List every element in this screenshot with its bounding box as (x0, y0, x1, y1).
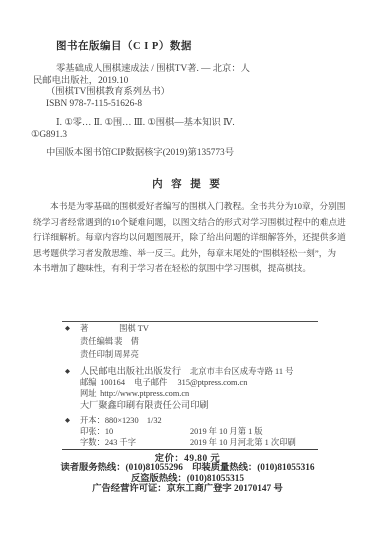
publisher-row: ◆ 人民邮电出版社出版发行 北京市丰台区成寿寺路 11 号 (62, 366, 318, 377)
sheets-row: 印张：10 2019 年 10 月第 1 版 (62, 426, 318, 437)
series-note: （围棋TV围棋教育系列丛书） (31, 87, 331, 99)
isbn-line: ISBN 978-7-115-51626-8 (31, 99, 331, 111)
printer-row: 责任印制 周昇亮 (62, 348, 318, 361)
ad-license-line: 广告经营许可证：京东工商广登字 20170147 号 (0, 484, 375, 495)
classification-line-1: Ⅰ. ①零… Ⅱ. ①围… Ⅲ. ①围棋—基本知识 Ⅳ. (31, 118, 331, 130)
author-value: 围棋 TV (119, 324, 149, 333)
words-row: 字数：243 千字 2019 年 10 月河北第 1 次印刷 (62, 437, 318, 448)
diamond-bullet-icon: ◆ (65, 366, 70, 377)
author-row: ◆ 著 围棋 TV (62, 322, 318, 335)
cip-header: 图书在版编目（C I P）数据 (56, 38, 192, 53)
publisher-name: 人民邮电出版社出版发行 (80, 366, 181, 376)
website-value: http://www.ptpress.com.cn (100, 389, 189, 398)
author-label: 著 (80, 322, 117, 335)
reader-service-hotline: 读者服务热线：(010)81055296 印装质量热线：(010)8105531… (0, 463, 375, 474)
diamond-bullet-icon: ◆ (65, 415, 70, 426)
copyright-page: 图书在版编目（C I P）数据 零基础成人围棋速成法 / 围棋TV著. — 北京… (0, 0, 375, 543)
printing-company-row: 大厂聚鑫印刷有限责任公司印刷 (62, 400, 318, 411)
words-value: 字数：243 千字 (80, 438, 136, 447)
book-title-line-1: 零基础成人围棋速成法 / 围棋TV著. — 北京：人 (31, 64, 331, 76)
price-line: 定价：49.80 元 (0, 450, 375, 464)
book-title-line-2: 民邮电出版社，2019.10 (31, 76, 331, 88)
format-row: ◆ 开本：880×1230 1/32 (62, 415, 318, 426)
postcode-label: 邮编 (80, 377, 98, 388)
anti-piracy-hotline: 反盗版热线：(010)81055315 (0, 474, 375, 485)
email-label: 电子邮件 (134, 378, 167, 387)
summary-line: 行详细解析。每章内容均以问题图展开，除了给出问题的详细解答外，还提供多道 (33, 230, 349, 246)
postcode-value: 100164 (100, 377, 132, 388)
editor-row: 责任编辑 裴 倩 (62, 335, 318, 348)
summary-line: 思考题供学习者发散思维、举一反三。此外，每章末尾处的“围棋轻松一刻”，为 (33, 246, 349, 262)
printer-label: 责任印制 (80, 348, 112, 361)
sheets-value: 印张：10 (80, 427, 113, 436)
printing-company: 大厂聚鑫印刷有限责任公司印刷 (80, 400, 209, 410)
format-value: 开本：880×1230 1/32 (80, 416, 162, 425)
cip-block: 零基础成人围棋速成法 / 围棋TV著. — 北京：人 民邮电出版社，2019.1… (31, 64, 331, 160)
summary-paragraph: 本书是为零基础的围棋爱好者编写的围棋入门教程。全书共分为10章，分别围 绕学习者… (33, 199, 349, 277)
editor-value: 裴 倩 (114, 337, 139, 346)
diamond-bullet-icon: ◆ (65, 322, 70, 335)
publisher-address: 北京市丰台区成寿寺路 11 号 (190, 366, 293, 377)
hotlines-block: 读者服务热线：(010)81055296 印装质量热线：(010)8105531… (0, 463, 375, 495)
postcode-email-row: 邮编 100164 电子邮件 315@ptpress.com.cn (62, 377, 318, 388)
printer-value: 周昇亮 (114, 350, 139, 359)
summary-heading: 内 容 提 要 (0, 176, 375, 191)
classification-line-2: ①G891.3 (31, 130, 331, 142)
editor-label: 责任编辑 (80, 335, 112, 348)
email-value: 315@ptpress.com.cn (178, 378, 248, 387)
edition-value: 2019 年 10 月第 1 版 (190, 426, 263, 437)
colophon-block: ◆ 著 围棋 TV 责任编辑 裴 倩 责任印制 周昇亮 ◆ 人民邮电出版社出版发… (62, 321, 318, 450)
summary-line: 本书增加了趣味性，有利于学习者在轻松的氛围中学习围棋，提高棋技。 (33, 261, 349, 277)
cip-record-number: 中国版本图书馆CIP数据核字(2019)第135773号 (31, 148, 331, 160)
summary-line: 绕学习者经常遇到的10个疑难问题，以图文结合的形式对学习围棋过程中的难点进 (33, 215, 349, 231)
website-row: 网址 http://www.ptpress.com.cn (62, 388, 318, 399)
website-label: 网址 (80, 388, 98, 399)
summary-line: 本书是为零基础的围棋爱好者编写的围棋入门教程。全书共分为10章，分别围 (33, 199, 349, 215)
impression-value: 2019 年 10 月河北第 1 次印刷 (190, 437, 296, 448)
